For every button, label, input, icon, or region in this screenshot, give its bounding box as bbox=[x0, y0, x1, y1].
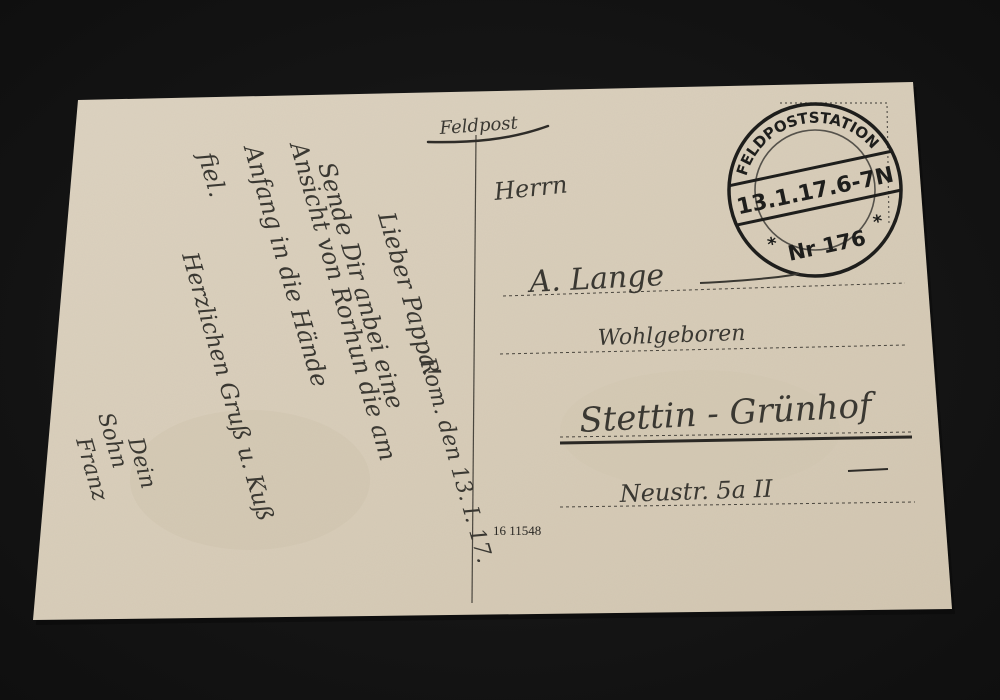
address-name: A. Lange bbox=[526, 258, 665, 300]
address-title: Wohlgeboren bbox=[597, 321, 746, 351]
address-street: Neustr. 5a II bbox=[618, 475, 773, 508]
print-code: 16 11548 bbox=[493, 523, 541, 538]
postcard-scene: Feldpost FELDPOSTSTATION 13.1.17.6-7N Nr… bbox=[0, 0, 1000, 700]
postcard bbox=[33, 82, 955, 625]
